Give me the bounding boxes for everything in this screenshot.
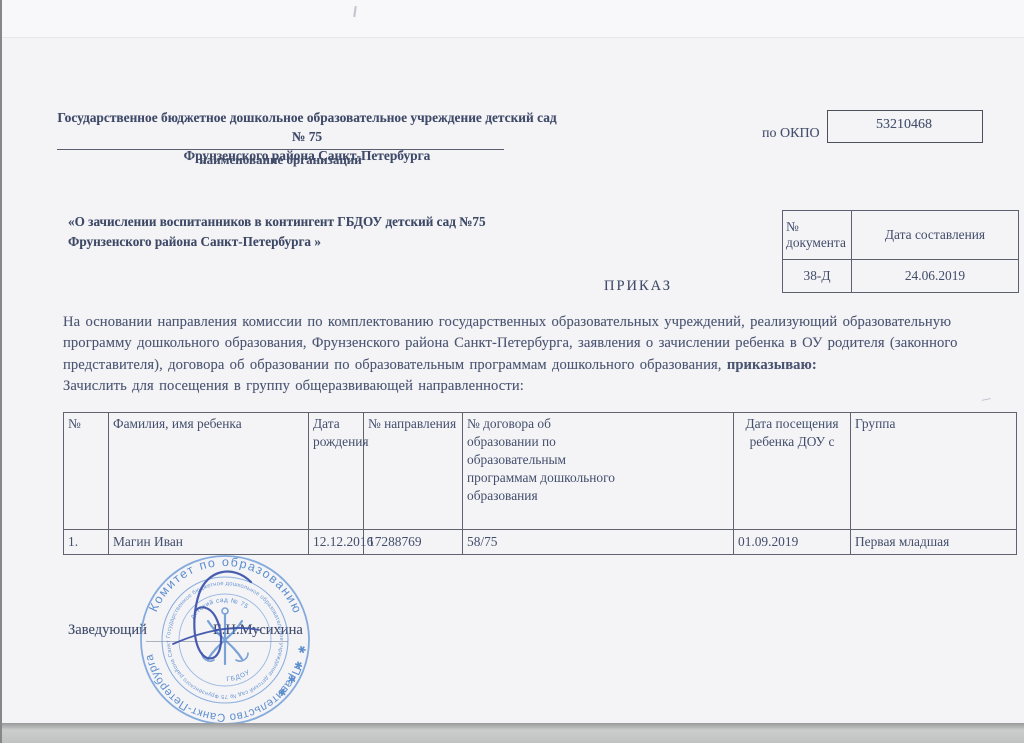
col-birth-date-header: Дата рождения	[309, 413, 364, 530]
cell-attendance-date: 01.09.2019	[734, 530, 851, 555]
okpo-label: по ОКПО	[762, 126, 820, 142]
col-referral-number-header: № направления	[364, 413, 463, 530]
doc-meta-table: № документа Дата составления 38-Д 24.06.…	[782, 210, 1019, 293]
cell-number: 1.	[64, 530, 109, 555]
order-subject: «О зачислении воспитанников в контингент…	[68, 212, 668, 252]
order-body: На основании направления комиссии по ком…	[63, 312, 1013, 398]
order-body-line3: представителя), договора об образовании …	[63, 355, 1013, 376]
order-body-line2: программу дошкольного образования, Фрунз…	[63, 333, 1013, 354]
cell-referral-number: 17288769	[364, 530, 463, 555]
col-attendance-date-header: Дата посещения ребенка ДОУ с	[734, 413, 851, 530]
order-body-line1: На основании направления комиссии по ком…	[63, 312, 1013, 333]
org-name-line1: Государственное бюджетное дошкольное обр…	[57, 108, 557, 146]
col-contract-number-header: № договора об образовании по образовател…	[463, 413, 734, 530]
order-body-line3-text: представителя), договора об образовании …	[63, 357, 727, 373]
order-subject-line1: «О зачислении воспитанников в контингент…	[68, 212, 668, 232]
org-name-underline	[57, 149, 504, 150]
col-number-header: №	[64, 413, 109, 530]
doc-number-value: 38-Д	[783, 260, 852, 293]
doc-date-value: 24.06.2019	[852, 260, 1019, 293]
col-child-name-header: Фамилия, имя ребенка	[109, 413, 309, 530]
scan-top-strip	[0, 0, 1024, 38]
order-subject-line2: Фрунзенского района Санкт-Петербурга »	[68, 232, 668, 252]
col-group-header: Группа	[851, 413, 1017, 530]
handwritten-signature	[155, 560, 275, 680]
org-name-caption: наименование организации	[57, 152, 504, 168]
okpo-value: 53210468	[827, 117, 981, 133]
enrollment-table: № Фамилия, имя ребенка Дата рождения № н…	[63, 412, 1017, 555]
doc-number-header: № документа	[783, 211, 852, 260]
scanner-bed-band	[0, 723, 1024, 743]
order-body-line4: Зачислить для посещения в группу общераз…	[63, 376, 1013, 397]
order-body-line3-keyword: приказываю:	[727, 357, 817, 373]
cell-contract-number: 58/75	[463, 530, 734, 555]
doc-date-header: Дата составления	[852, 211, 1019, 260]
order-title: ПРИКАЗ	[604, 278, 672, 295]
enrollment-table-header-row: № Фамилия, имя ребенка Дата рождения № н…	[64, 413, 1017, 530]
scan-left-edge	[0, 0, 2, 743]
cell-group: Первая младшая	[851, 530, 1017, 555]
